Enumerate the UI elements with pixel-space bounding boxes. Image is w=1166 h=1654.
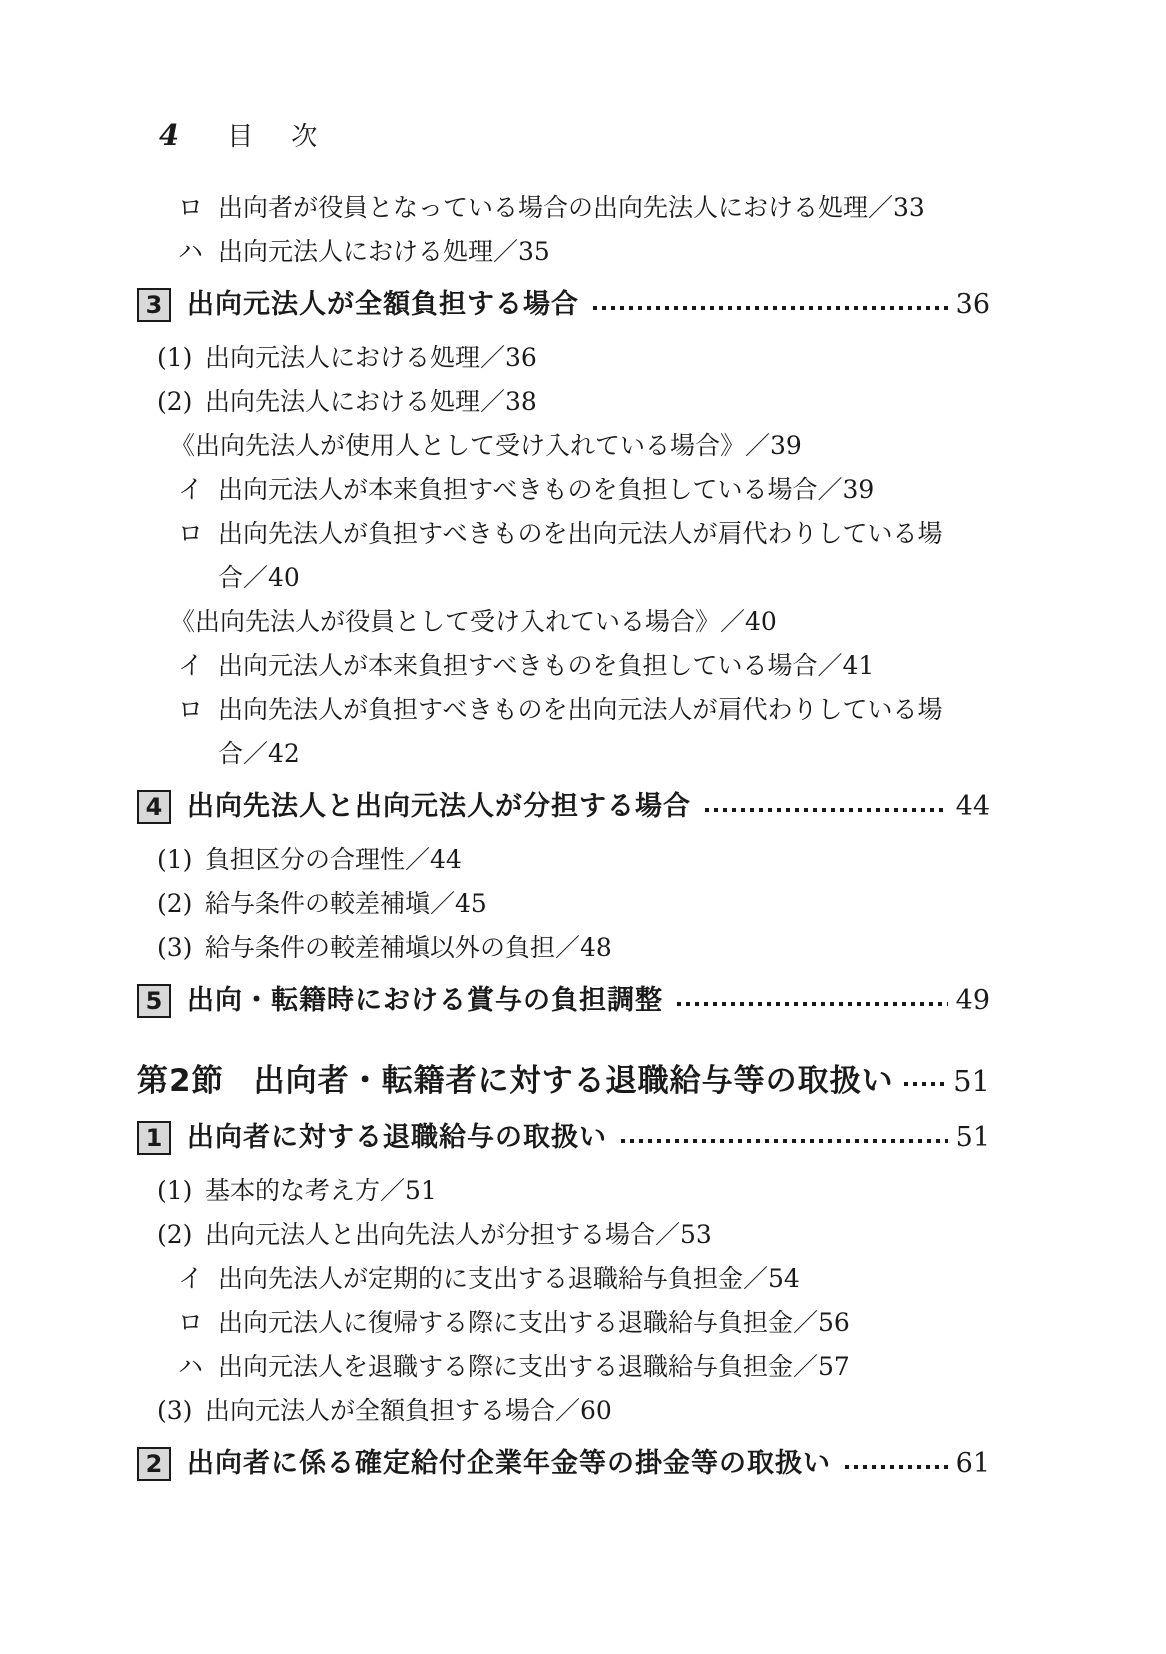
toc-entry-text: 出向元法人を退職する際に支出する退職給与負担金／57 xyxy=(218,1345,850,1389)
toc-entry-label: ロ xyxy=(178,1301,218,1345)
page-number: 44 xyxy=(956,785,990,829)
toc-entry: (2) 出向元法人と出向先法人が分担する場合／53 xyxy=(137,1213,990,1257)
toc-entry: 1 出向者に対する退職給与の取扱い 51 xyxy=(137,1116,990,1160)
toc-entry: (2) 出向先法人における処理／38 xyxy=(137,380,990,424)
toc-entry-text: 出向先法人が負担すべきものを出向元法人が肩代わりしている場 合／42 xyxy=(218,688,943,776)
toc-entry: 《出向先法人が使用人として受け入れている場合》／39 xyxy=(137,424,990,468)
boxed-number: 5 xyxy=(137,984,171,1018)
toc-entry-label: ハ xyxy=(178,1345,218,1389)
dot-leader xyxy=(593,306,948,310)
toc-entry-text: 出向元法人が全額負担する場合／60 xyxy=(205,1389,612,1433)
toc-entry-label: (3) xyxy=(157,926,205,970)
toc-entry-text: 基本的な考え方／51 xyxy=(205,1169,437,1213)
boxed-number: 3 xyxy=(137,288,171,322)
page-number: 51 xyxy=(953,1055,990,1107)
dot-leader xyxy=(705,808,948,812)
toc-entry-label: (2) xyxy=(157,1213,205,1257)
boxed-number: 1 xyxy=(137,1121,171,1155)
toc-entry: ロ 出向者が役員となっている場合の出向先法人における処理／33 xyxy=(137,186,990,230)
toc-entry-label: イ xyxy=(178,1257,218,1301)
toc-entry: ロ 出向元法人に復帰する際に支出する退職給与負担金／56 xyxy=(137,1301,990,1345)
toc-entry-text: 給与条件の較差補塡以外の負担／48 xyxy=(205,926,612,970)
toc-entry-title: 出向元法人が全額負担する場合 xyxy=(187,283,579,327)
toc-page: 4 目 次 ロ 出向者が役員となっている場合の出向先法人における処理／33 ハ … xyxy=(0,0,1166,1654)
toc-entry: (1) 基本的な考え方／51 xyxy=(137,1169,990,1213)
toc-entry: 3 出向元法人が全額負担する場合 36 xyxy=(137,283,990,327)
toc-entry-label: (1) xyxy=(157,838,205,882)
toc-entry-label: ハ xyxy=(178,230,218,274)
toc-entry: ロ 出向先法人が負担すべきものを出向元法人が肩代わりしている場 合／42 xyxy=(137,688,990,776)
toc-entry-text: 出向者が役員となっている場合の出向先法人における処理／33 xyxy=(218,186,925,230)
toc-entry-text: 出向元法人と出向先法人が分担する場合／53 xyxy=(205,1213,712,1257)
toc-entry: ロ 出向先法人が負担すべきものを出向元法人が肩代わりしている場 合／40 xyxy=(137,512,990,600)
toc-entry-label: イ xyxy=(178,644,218,688)
dot-leader xyxy=(904,1082,946,1086)
toc-entry-text: 出向元法人における処理／36 xyxy=(205,336,537,380)
toc-entry-text: 出向元法人に復帰する際に支出する退職給与負担金／56 xyxy=(218,1301,850,1345)
toc-entry-text: 出向元法人における処理／35 xyxy=(218,230,550,274)
toc-entry-label: ロ xyxy=(178,186,218,230)
page-number: 49 xyxy=(956,979,990,1023)
toc-entry: 5 出向・転籍時における賞与の負担調整 49 xyxy=(137,979,990,1023)
page-number: 51 xyxy=(956,1116,990,1160)
dot-leader xyxy=(845,1465,948,1469)
toc-entry-label: ロ xyxy=(178,512,218,556)
toc-entry-label: (2) xyxy=(157,882,205,926)
toc-entry: ハ 出向元法人における処理／35 xyxy=(137,230,990,274)
toc-entry: ハ 出向元法人を退職する際に支出する退職給与負担金／57 xyxy=(137,1345,990,1389)
toc-entry-title: 出向者に対する退職給与の取扱い xyxy=(187,1116,607,1160)
toc-entry-text: 給与条件の較差補塡／45 xyxy=(205,882,487,926)
toc-entry: (1) 負担区分の合理性／44 xyxy=(137,838,990,882)
dot-leader xyxy=(677,1002,948,1006)
toc-entry: (1) 出向元法人における処理／36 xyxy=(137,336,990,380)
boxed-number: 2 xyxy=(137,1447,171,1481)
toc-entry-label: (1) xyxy=(157,336,205,380)
toc-entry-text: 出向元法人が本来負担すべきものを負担している場合／41 xyxy=(218,644,874,688)
toc-entry-label: (1) xyxy=(157,1169,205,1213)
toc-entry-label: (3) xyxy=(157,1389,205,1433)
toc-title: 目 次 xyxy=(227,120,323,154)
toc-entry-label: イ xyxy=(178,468,218,512)
toc-entry: イ 出向元法人が本来負担すべきものを負担している場合／41 xyxy=(137,644,990,688)
toc-entry-title: 出向・転籍時における賞与の負担調整 xyxy=(187,979,663,1023)
section-title: 出向者・転籍者に対する退職給与等の取扱い xyxy=(254,1055,894,1107)
toc-entry-title: 出向先法人と出向元法人が分担する場合 xyxy=(187,785,691,829)
page-number: 61 xyxy=(956,1442,990,1486)
toc-entry-text: 負担区分の合理性／44 xyxy=(205,838,462,882)
toc-entry-text: 出向先法人における処理／38 xyxy=(205,380,537,424)
toc-entry-label: (2) xyxy=(157,380,205,424)
toc-entry: 4 出向先法人と出向元法人が分担する場合 44 xyxy=(137,785,990,829)
toc-entry-text: 出向元法人が本来負担すべきものを負担している場合／39 xyxy=(218,468,874,512)
boxed-number: 4 xyxy=(137,790,171,824)
section-label: 第2節 xyxy=(137,1055,224,1107)
toc-entry-title: 出向者に係る確定給付企業年金等の掛金等の取扱い xyxy=(187,1442,831,1486)
toc-entry-text: 出向先法人が定期的に支出する退職給与負担金／54 xyxy=(218,1257,800,1301)
toc-entry: 2 出向者に係る確定給付企業年金等の掛金等の取扱い 61 xyxy=(137,1442,990,1486)
toc-entry: イ 出向先法人が定期的に支出する退職給与負担金／54 xyxy=(137,1257,990,1301)
toc-entry: 《出向先法人が役員として受け入れている場合》／40 xyxy=(137,600,990,644)
toc-entry-text: 《出向先法人が役員として受け入れている場合》／40 xyxy=(170,600,777,644)
toc-list: ロ 出向者が役員となっている場合の出向先法人における処理／33 ハ 出向元法人に… xyxy=(137,186,990,1486)
toc-entry-text: 出向先法人が負担すべきものを出向元法人が肩代わりしている場 合／40 xyxy=(218,512,943,600)
dot-leader xyxy=(621,1139,948,1143)
toc-entry: (2) 給与条件の較差補塡／45 xyxy=(137,882,990,926)
section-heading: 第2節 出向者・転籍者に対する退職給与等の取扱い 51 xyxy=(137,1055,990,1107)
toc-entry: (3) 給与条件の較差補塡以外の負担／48 xyxy=(137,926,990,970)
page-number: 36 xyxy=(956,283,990,327)
folio-page-number: 4 xyxy=(159,118,179,152)
toc-entry: イ 出向元法人が本来負担すべきものを負担している場合／39 xyxy=(137,468,990,512)
toc-entry-text: 《出向先法人が使用人として受け入れている場合》／39 xyxy=(170,424,802,468)
toc-header: 4 目 次 xyxy=(159,118,990,154)
toc-entry: (3) 出向元法人が全額負担する場合／60 xyxy=(137,1389,990,1433)
toc-entry-label: ロ xyxy=(178,688,218,732)
